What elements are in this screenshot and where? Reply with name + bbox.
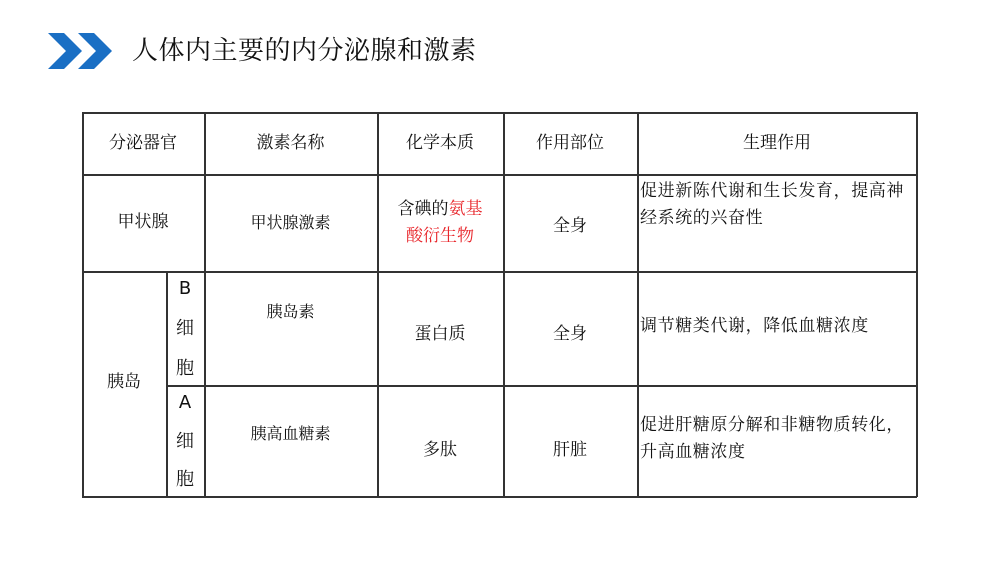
double-chevron-right-icon — [48, 33, 114, 69]
nature-prefix: 含碘的 — [398, 199, 449, 219]
cell-type-char: 胞 — [176, 466, 194, 494]
header-organ: 分泌器官 — [82, 112, 204, 174]
hormone-glucagon: 胰高血糖素 — [204, 385, 377, 481]
nature-insulin: 蛋白质 — [377, 271, 503, 385]
cell-type-char: 胞 — [176, 355, 194, 383]
target-insulin: 全身 — [503, 271, 637, 385]
cell-type-char: 细 — [176, 315, 194, 343]
header-target: 作用部位 — [503, 112, 637, 174]
nature-glucagon: 多肽 — [377, 385, 503, 496]
cell-type-b: B 细 胞 — [166, 271, 204, 385]
target-thyroxine: 全身 — [503, 174, 637, 271]
cell-type-char: A — [179, 389, 191, 417]
function-glucagon: 促进肝糖原分解和非糖物质转化，升高血糖浓度 — [637, 385, 917, 496]
header-nature: 化学本质 — [377, 112, 503, 174]
cell-type-a: A 细 胞 — [166, 385, 204, 496]
organ-thyroid: 甲状腺 — [82, 174, 204, 271]
table-border-bottom — [82, 496, 917, 498]
cell-type-char: B — [179, 275, 191, 303]
nature-thyroxine: 含碘的氨基 酸衍生物 — [377, 174, 503, 271]
organ-pancreas-islet: 胰岛 — [82, 271, 166, 497]
page-title: 人体内主要的内分泌腺和激素 — [132, 33, 477, 69]
hormone-thyroxine: 甲状腺激素 — [204, 174, 377, 271]
hormone-insulin: 胰岛素 — [204, 271, 377, 351]
target-glucagon: 肝脏 — [503, 385, 637, 496]
nature-highlight: 氨基 — [449, 199, 483, 219]
nature-highlight: 酸衍生物 — [406, 226, 474, 246]
function-insulin: 调节糖类代谢，降低血糖浓度 — [637, 271, 917, 385]
cell-type-char: 细 — [176, 428, 194, 456]
function-thyroxine: 促进新陈代谢和生长发育，提高神经系统的兴奋性 — [637, 178, 917, 238]
header-hormone: 激素名称 — [204, 112, 377, 174]
endocrine-table: 分泌器官 激素名称 化学本质 作用部位 生理作用 甲状腺 甲状腺激素 含碘的氨基… — [82, 112, 917, 497]
header-function: 生理作用 — [637, 112, 917, 174]
